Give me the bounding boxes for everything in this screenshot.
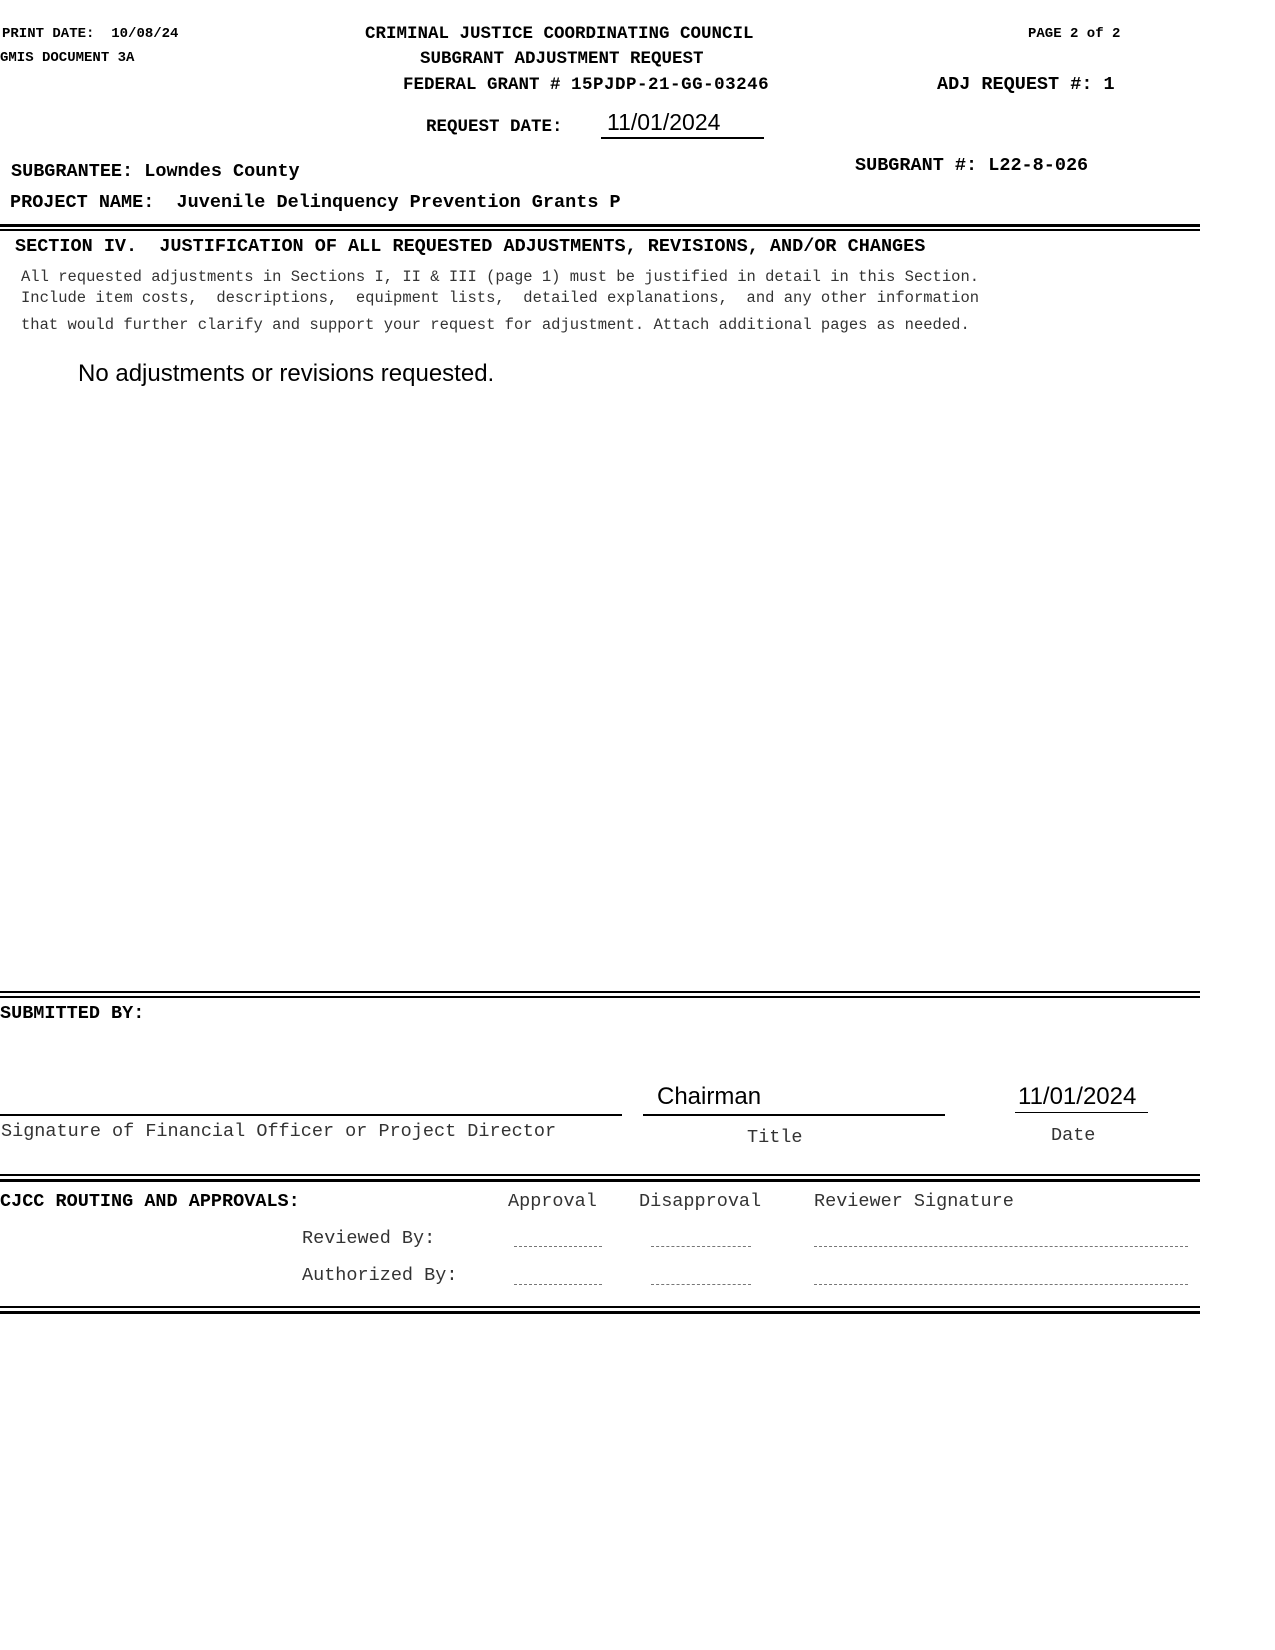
subgrantee-label: SUBGRANTEE:	[11, 161, 133, 182]
subgrantee-value: Lowndes County	[144, 161, 299, 182]
subgrant-number-value: L22-8-026	[988, 155, 1088, 176]
reviewed-disapproval-field[interactable]	[651, 1246, 751, 1247]
page-indicator: PAGE 2 of 2	[1028, 26, 1120, 42]
reviewed-approval-field[interactable]	[514, 1246, 602, 1247]
federal-grant: FEDERAL GRANT # 15PJDP-21-GG-03246	[403, 75, 769, 95]
section-iv-instruction-2: Include item costs, descriptions, equipm…	[21, 289, 979, 307]
title-underline	[643, 1114, 945, 1116]
authorized-by-label: Authorized By:	[302, 1265, 457, 1286]
print-date-label: PRINT DATE:	[2, 26, 94, 42]
justification-text[interactable]: No adjustments or revisions requested.	[78, 360, 494, 388]
submitted-divider	[0, 991, 1200, 998]
request-date-underline	[601, 137, 764, 139]
federal-grant-label: FEDERAL GRANT #	[403, 75, 561, 95]
agency-name: CRIMINAL JUSTICE COORDINATING COUNCIL	[365, 24, 754, 44]
column-approval: Approval	[508, 1191, 597, 1212]
footer-divider	[0, 1306, 1200, 1314]
reviewed-signature-field[interactable]	[814, 1246, 1188, 1247]
print-date: PRINT DATE: 10/08/24	[2, 26, 178, 42]
project-name-value: Juvenile Delinquency Prevention Grants P	[177, 192, 621, 213]
signature-underline	[0, 1114, 622, 1116]
reviewed-by-label: Reviewed By:	[302, 1228, 435, 1249]
project-name: PROJECT NAME: Juvenile Delinquency Preve…	[10, 192, 621, 213]
request-date-label: REQUEST DATE:	[426, 117, 563, 137]
routing-label: CJCC ROUTING AND APPROVALS:	[0, 1191, 300, 1212]
subgrant-number: SUBGRANT #: L22-8-026	[855, 155, 1088, 176]
routing-divider	[0, 1174, 1200, 1182]
subgrantee: SUBGRANTEE: Lowndes County	[11, 161, 300, 182]
header-divider	[0, 224, 1200, 231]
subgrant-number-label: SUBGRANT #:	[855, 155, 977, 176]
date-field[interactable]: 11/01/2024	[1018, 1083, 1136, 1111]
column-reviewer-signature: Reviewer Signature	[814, 1191, 1014, 1212]
date-underline	[1015, 1112, 1148, 1113]
authorized-signature-field[interactable]	[814, 1284, 1188, 1285]
column-disapproval: Disapproval	[639, 1191, 761, 1212]
submitted-by-label: SUBMITTED BY:	[0, 1003, 144, 1024]
section-iv-title: SECTION IV. JUSTIFICATION OF ALL REQUEST…	[15, 236, 925, 257]
authorized-disapproval-field[interactable]	[651, 1284, 751, 1285]
project-name-label: PROJECT NAME:	[10, 192, 154, 213]
title-field[interactable]: Chairman	[657, 1083, 761, 1111]
adj-request: ADJ REQUEST #: 1	[937, 74, 1115, 95]
section-iv-instruction-1: All requested adjustments in Sections I,…	[21, 268, 979, 286]
print-date-value: 10/08/24	[111, 26, 178, 42]
signature-caption: Signature of Financial Officer or Projec…	[1, 1121, 556, 1142]
adj-request-label: ADJ REQUEST #:	[937, 74, 1092, 95]
document-code: GMIS DOCUMENT 3A	[0, 50, 134, 66]
federal-grant-number: 15PJDP-21-GG-03246	[571, 75, 769, 95]
form-title: SUBGRANT ADJUSTMENT REQUEST	[420, 49, 704, 69]
title-caption: Title	[747, 1127, 803, 1148]
section-iv-instruction-3: that would further clarify and support y…	[21, 316, 970, 334]
request-date-field[interactable]: 11/01/2024	[607, 109, 720, 136]
date-caption: Date	[1051, 1125, 1095, 1146]
adj-request-number: 1	[1104, 74, 1115, 95]
authorized-approval-field[interactable]	[514, 1284, 602, 1285]
